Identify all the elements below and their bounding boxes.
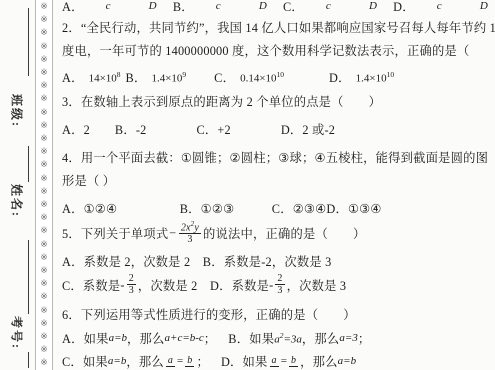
option-d-value: 1.4×1010: [356, 70, 394, 85]
write-line-bottom: [28, 352, 29, 368]
math-expression: a=b: [109, 332, 127, 344]
fraction-letter: D: [369, 0, 377, 12]
math-expression: a=b: [338, 355, 356, 367]
fraction-letter: c: [326, 0, 331, 12]
option-b-label: B．如果: [228, 329, 274, 347]
fraction: b: [289, 355, 298, 368]
name-label: 姓名:: [5, 184, 29, 218]
question-5-stem-post: 的说法中，正确的是（ ）: [203, 224, 365, 242]
question-2-line-2: 度电，一年可节的 1400000000 度，这个数用科学记数法表示，正确的是（ …: [62, 41, 495, 59]
coefficient-fraction: 23: [275, 273, 284, 298]
fraction-letter: c: [437, 0, 442, 12]
option-c-label: C．: [283, 0, 304, 15]
question-4-options: A．①②④ B．①②③ C．②③④D．①③④: [62, 199, 382, 217]
option-d-tail: ，次数是 3: [287, 276, 347, 294]
question-6-text: 6．下列运用等式性质进行的变形，正确的是（ ）: [62, 305, 356, 323]
question-3-options: A．2 B．-2 C．+2 D．2 或-2: [62, 120, 335, 138]
option-a-label: A．如果: [62, 329, 109, 347]
question-4-line-2: 形是（ ）: [62, 171, 115, 189]
question-3-text: 3．在数轴上表示到原点的距离为 2 个单位的点是（ ）: [62, 92, 381, 110]
fraction: b: [185, 355, 194, 368]
option-b-value: 1.4×109: [151, 70, 186, 85]
question-5-options-ab: A．系数是 2，次数是 2 B．系数是-2，次数是 3: [62, 252, 331, 270]
option-d-label: D．: [393, 0, 415, 15]
question-6-options-ab: A．如果 a=b ，那么 a+c=b-c ； B．如果 a2=3a ，那么 a=…: [62, 329, 370, 347]
math-expression: a+c=b-c: [165, 332, 204, 344]
exam-number-label: 考号:: [5, 316, 29, 350]
math-expression: a2=3a: [274, 331, 302, 346]
exam-paper-scan: 班级: 姓名: 考号: ※ ※ ※ ※ ※ ※ ※ ※ ※ ※ ※ ※ ※ ※ …: [0, 0, 495, 370]
option-c-value: 0.14×1010: [240, 70, 284, 85]
question-2-options: A． 14×108 B． 1.4×109 C． 0.14×1010 D． 1.4…: [62, 68, 394, 86]
equals-sign: =: [281, 355, 287, 367]
question-1-options-partial: A． c D B． c D C． c D D． c D: [62, 0, 488, 15]
fraction-letter: c: [216, 0, 221, 12]
option-c-label: C．: [214, 68, 235, 86]
option-d-label: D．: [329, 68, 351, 86]
question-6-options-cd: C．如果 a=b ，那么 a = b ； D．如果 a = b ，那么 a=b: [62, 352, 356, 370]
question-5-text: 5．下列关于单项式 − 2x2y 3 的说法中，正确的是（ ）: [62, 224, 365, 242]
option-c-tail: ，次数是 2 D．系数是: [138, 276, 269, 294]
minus-sign: −: [168, 226, 177, 241]
question-4-line-1: 4．用一个平面去截：①圆锥；②圆柱；③球；④五棱柱，能得到截面是圆的图: [62, 148, 488, 166]
minus-sign: -: [269, 278, 273, 293]
fraction-letter: c: [106, 0, 111, 12]
fraction-letter: D: [259, 0, 267, 12]
option-a-label: A．: [62, 0, 84, 15]
write-line-examno: [28, 240, 29, 314]
write-line-class: [28, 8, 29, 76]
option-b-label: B．: [173, 0, 194, 15]
fraction-letter: D: [480, 0, 488, 12]
option-c-text: C．系数是: [62, 276, 120, 294]
coefficient-fraction: 23: [127, 273, 136, 298]
fraction: a: [270, 355, 279, 368]
option-a-value: 14×108: [89, 70, 121, 85]
class-label: 班级:: [5, 82, 29, 140]
question-5-options-cd: C．系数是 -23 ，次数是 2 D．系数是 -23 ，次数是 3: [62, 276, 346, 294]
fraction-letter: D: [149, 0, 157, 12]
question-2-line-1: 2．“全民行动，共同节约”，我国 14 亿人口如果都响应国家号召每人每年节约 1: [62, 18, 495, 36]
option-c-label: C．如果: [62, 352, 108, 370]
question-5-stem-pre: 5．下列关于单项式: [62, 224, 168, 242]
option-a-label: A．: [62, 68, 84, 86]
monomial-fraction: 2x2y 3: [179, 220, 201, 247]
minus-sign: -: [120, 278, 124, 293]
math-expression: a=3: [339, 332, 357, 344]
seal-line-pattern: ※ ※ ※ ※ ※ ※ ※ ※ ※ ※ ※ ※ ※ ※ ※ ※ ※ ※ ※ ※ …: [35, 0, 53, 370]
equals-sign: =: [177, 355, 183, 367]
math-expression: a=b: [108, 355, 126, 367]
option-d-label: D．如果: [221, 352, 268, 370]
option-b-label: B．: [126, 68, 147, 86]
write-line-name: [28, 146, 29, 182]
fraction: a: [166, 355, 175, 368]
